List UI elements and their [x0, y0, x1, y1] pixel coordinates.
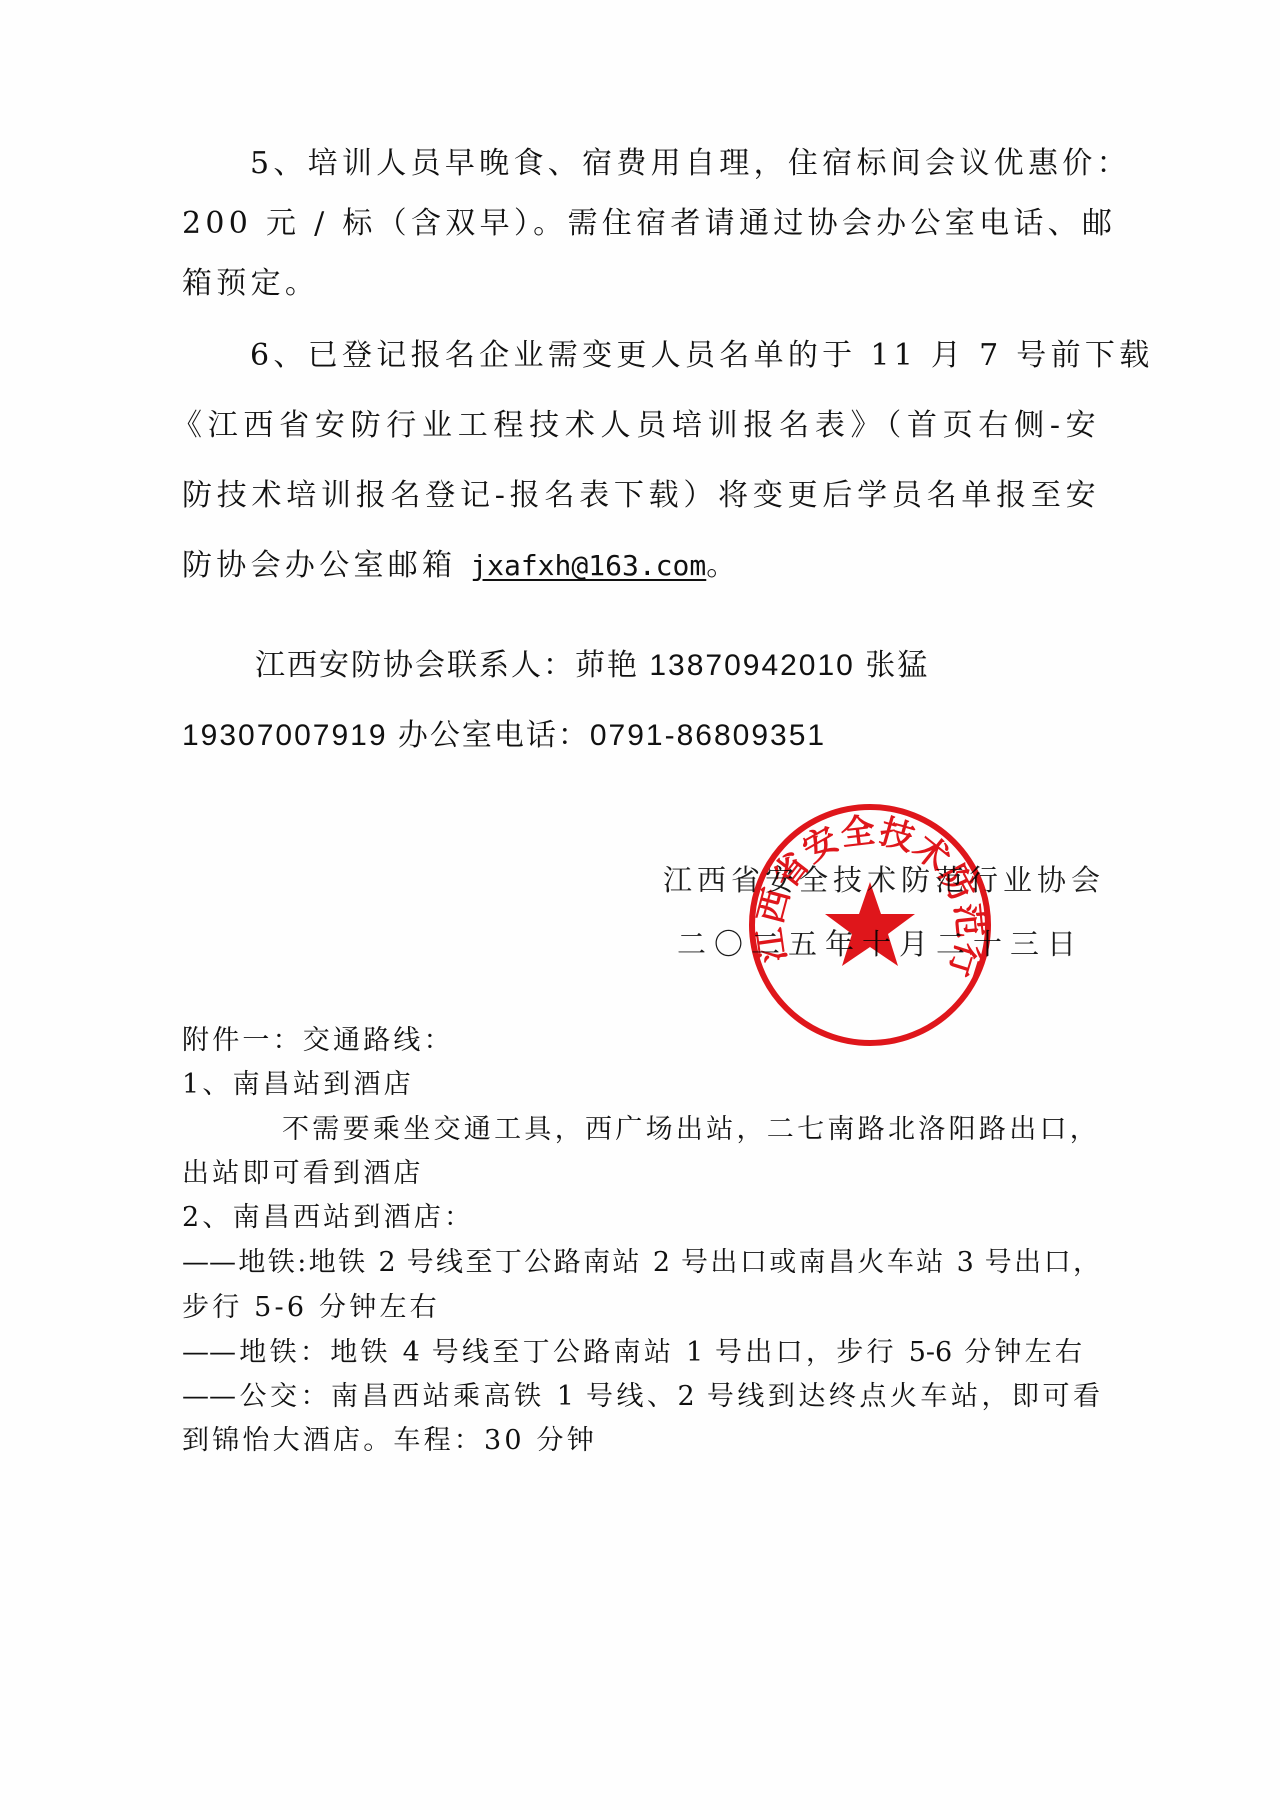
paragraph-5-line-3: 箱预定。: [182, 266, 319, 302]
paragraph-5-line-1: 5、培训人员早晚食、宿费用自理，住宿标间会议优惠价：: [250, 146, 1100, 182]
attachment-section-2-line-5: 到锦怡大酒店。车程：30 分钟: [182, 1424, 597, 1458]
email-link[interactable]: jxafxh@163.com: [470, 549, 706, 582]
seal-star-icon: [825, 882, 915, 966]
paragraph-6-line-4: 防协会办公室邮箱 jxafxh@163.com。: [182, 548, 741, 584]
attachment-section-2-line-3: ——地铁：地铁 4 号线至丁公路南站 1 号出口，步行 5-6 分钟左右: [182, 1336, 1082, 1370]
contact-line-1: 江西安防协会联系人：茆艳 13870942010 张猛: [255, 648, 929, 684]
attachment-section-2-line-2: 步行 5-6 分钟左右: [182, 1291, 440, 1325]
contact-line-2: 19307007919 办公室电话：0791-86809351: [182, 718, 826, 754]
attachment-section-1-heading: 1、南昌站到酒店: [182, 1068, 414, 1102]
attachment-section-2-heading: 2、南昌西站到酒店：: [182, 1201, 474, 1235]
paragraph-6-line-2: 《江西省安防行业工程技术人员培训报名表》（首页右侧-安: [172, 408, 1100, 444]
attachment-title: 附件一：交通路线：: [182, 1024, 454, 1058]
paragraph-6-line-4-suffix: 。: [706, 548, 740, 583]
attachment-section-1-line-1: 不需要乘坐交通工具，西广场出站，二七南路北洛阳路出口，: [282, 1113, 1100, 1147]
attachment-section-2-line-1: ——地铁:地铁 2 号线至丁公路南站 2 号出口或南昌火车站 3 号出口，: [182, 1246, 1100, 1280]
paragraph-6-line-3: 防技术培训报名登记-报名表下载）将变更后学员名单报至安: [182, 478, 1100, 514]
attachment-section-1-line-2: 出站即可看到酒店: [182, 1157, 424, 1191]
paragraph-6-line-4-prefix: 防协会办公室邮箱: [182, 548, 470, 583]
paragraph-5-line-2: 200 元 / 标（含双早）。需住宿者请通过协会办公室电话、邮: [182, 206, 1100, 242]
attachment-section-2-line-4: ——公交：南昌西站乘高铁 1 号线、2 号线到达终点火车站，即可看: [182, 1380, 1100, 1414]
official-seal-icon: 江西省安全技术防范行业协会: [745, 800, 995, 1050]
paragraph-6-line-1: 6、已登记报名企业需变更人员名单的于 11 月 7 号前下载: [250, 338, 1100, 374]
document-page: 5、培训人员早晚食、宿费用自理，住宿标间会议优惠价： 200 元 / 标（含双早…: [0, 0, 1280, 1810]
